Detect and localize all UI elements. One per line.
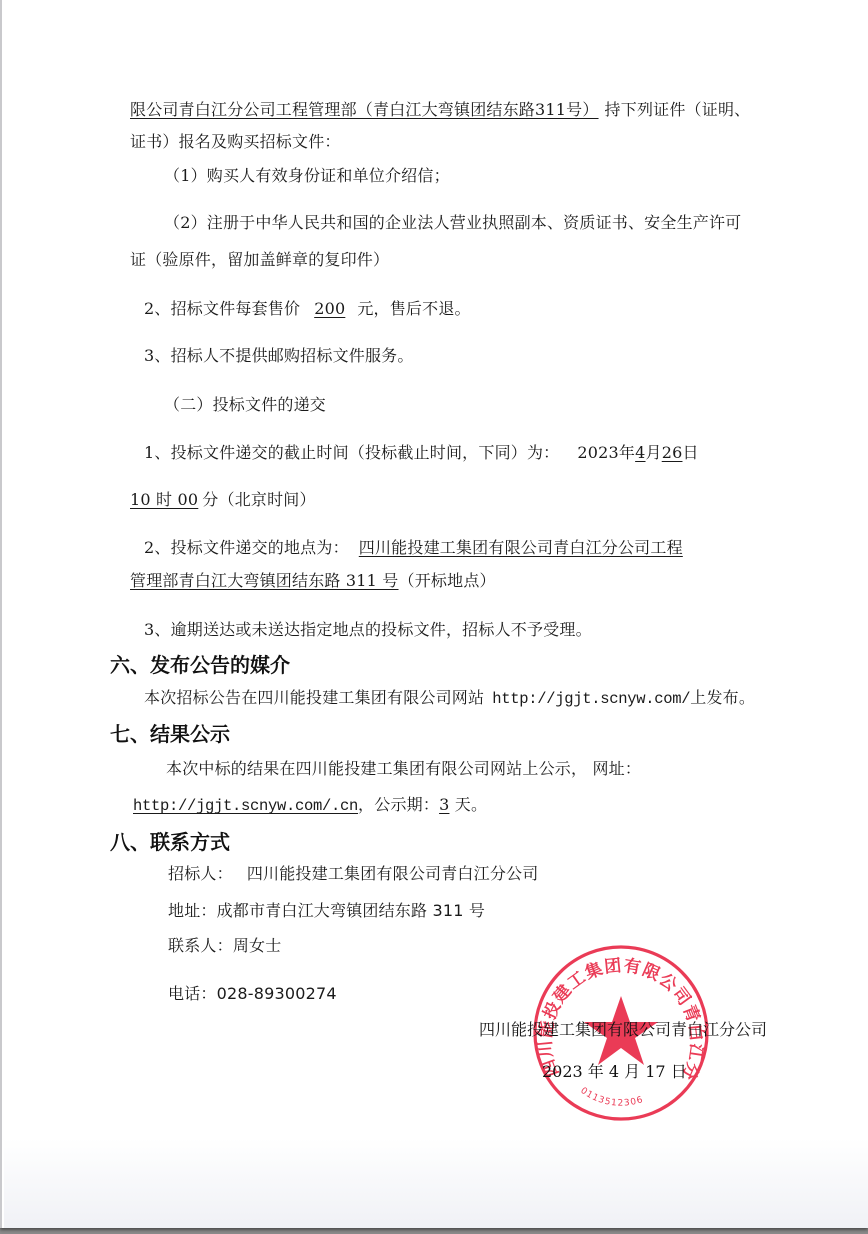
tenderer-name: 四川能投建工集团有限公司青白江分公司	[247, 864, 539, 883]
scan-texture	[4, 1138, 868, 1228]
deadline-month: 4	[635, 443, 645, 462]
section-7-text: 本次中标的结果在四川能投建工集团有限公司网站上公示， 网址：	[166, 759, 641, 779]
requirement-2-cont: 证（验原件，留加盖鲜章的复印件）	[130, 250, 389, 270]
period-days: 3	[439, 795, 449, 814]
continuation-line-2: 证书）报名及购买招标文件：	[130, 132, 341, 152]
deadline-time-suffix: 分（北京时间）	[202, 490, 315, 509]
deadline-prefix: 1、投标文件递交的截止时间（投标截止时间，下同）为：	[144, 443, 559, 462]
registration-address: 限公司青白江分公司工程管理部（青白江大弯镇团结东路311号）	[130, 100, 599, 119]
deadline-day: 26	[662, 443, 683, 462]
contact-name: 周女士	[233, 936, 282, 955]
result-url[interactable]: http://jgjt.scnyw.com/.cn	[133, 797, 358, 815]
deadline-time: 10 时 00分（北京时间）	[130, 490, 316, 510]
deadline-time-value: 10 时 00	[130, 490, 198, 509]
tenderer-line: 招标人：四川能投建工集团有限公司青白江分公司	[168, 864, 538, 884]
section-6-heading: 六、发布公告的媒介	[110, 653, 290, 677]
section-6-text: 本次招标公告在四川能投建工集团有限公司网站http://jgjt.scnyw.c…	[144, 688, 755, 709]
section-6-prefix: 本次招标公告在四川能投建工集团有限公司网站	[144, 688, 484, 707]
tenderer-label: 招标人：	[168, 864, 233, 883]
continuation-rest: 持下列证件（证明、	[605, 100, 751, 119]
section-6-suffix: 上发布。	[690, 688, 755, 707]
address-label: 地址：	[168, 901, 217, 920]
location-suffix: （开标地点）	[399, 571, 496, 590]
contact-line: 联系人：周女士	[168, 936, 281, 956]
phone-line: 电话：028-89300274	[168, 984, 337, 1004]
deadline-day-unit: 日	[682, 443, 698, 462]
section-7-heading: 七、结果公示	[110, 722, 230, 746]
continuation-line-1: 限公司青白江分公司工程管理部（青白江大弯镇团结东路311号）持下列证件（证明、	[130, 100, 750, 120]
deadline-year: 2023年	[577, 443, 635, 462]
price-amount: 200	[300, 299, 357, 318]
signature-org: 四川能投建工集团有限公司青白江分公司	[479, 1020, 767, 1040]
period-suffix: 天。	[449, 795, 487, 814]
deadline-month-unit: 月	[646, 443, 662, 462]
publish-url[interactable]: http://jgjt.scnyw.com/	[492, 690, 690, 708]
location-line-1: 四川能投建工集团有限公司青白江分公司工程	[349, 538, 683, 557]
price-suffix: 元，售后不退。	[357, 299, 470, 318]
location-cont: 管理部青白江大弯镇团结东路 311 号（开标地点）	[130, 571, 496, 591]
address-line: 地址：成都市青白江大弯镇团结东路 311 号	[168, 901, 485, 921]
svg-text:0113512306: 0113512306	[578, 1086, 645, 1109]
section-8-heading: 八、联系方式	[110, 830, 230, 854]
location-item: 2、投标文件递交的地点为：四川能投建工集团有限公司青白江分公司工程	[144, 538, 683, 558]
phone-label: 电话：	[168, 984, 217, 1003]
price-item: 2、招标文件每套售价200元，售后不退。	[144, 299, 471, 319]
submission-title: （二）投标文件的递交	[164, 395, 326, 415]
section-7-url-line: http://jgjt.scnyw.com/.cn，公示期：3 天。	[133, 795, 487, 816]
location-prefix: 2、投标文件递交的地点为：	[144, 538, 349, 557]
location-line-2: 管理部青白江大弯镇团结东路 311 号	[130, 571, 399, 590]
no-mail-item: 3、招标人不提供邮购招标文件服务。	[144, 346, 414, 366]
price-prefix: 2、招标文件每套售价	[144, 299, 300, 318]
requirement-1: （1）购买人有效身份证和单位介绍信；	[164, 166, 450, 186]
phone-value: 028-89300274	[217, 984, 337, 1003]
contact-label: 联系人：	[168, 936, 233, 955]
document-page: 限公司青白江分公司工程管理部（青白江大弯镇团结东路311号）持下列证件（证明、 …	[0, 0, 868, 1228]
address-value: 成都市青白江大弯镇团结东路 311 号	[217, 901, 486, 920]
late-item: 3、逾期送达或未送达指定地点的投标文件，招标人不予受理。	[144, 620, 592, 640]
requirement-2: （2）注册于中华人民共和国的企业法人营业执照副本、资质证书、安全生产许可	[164, 213, 741, 233]
period-prefix: ，公示期：	[358, 795, 439, 814]
deadline-item: 1、投标文件递交的截止时间（投标截止时间，下同）为：2023年4月26日	[144, 443, 699, 463]
signature-date: 2023 年 4 月 17 日	[542, 1062, 687, 1082]
